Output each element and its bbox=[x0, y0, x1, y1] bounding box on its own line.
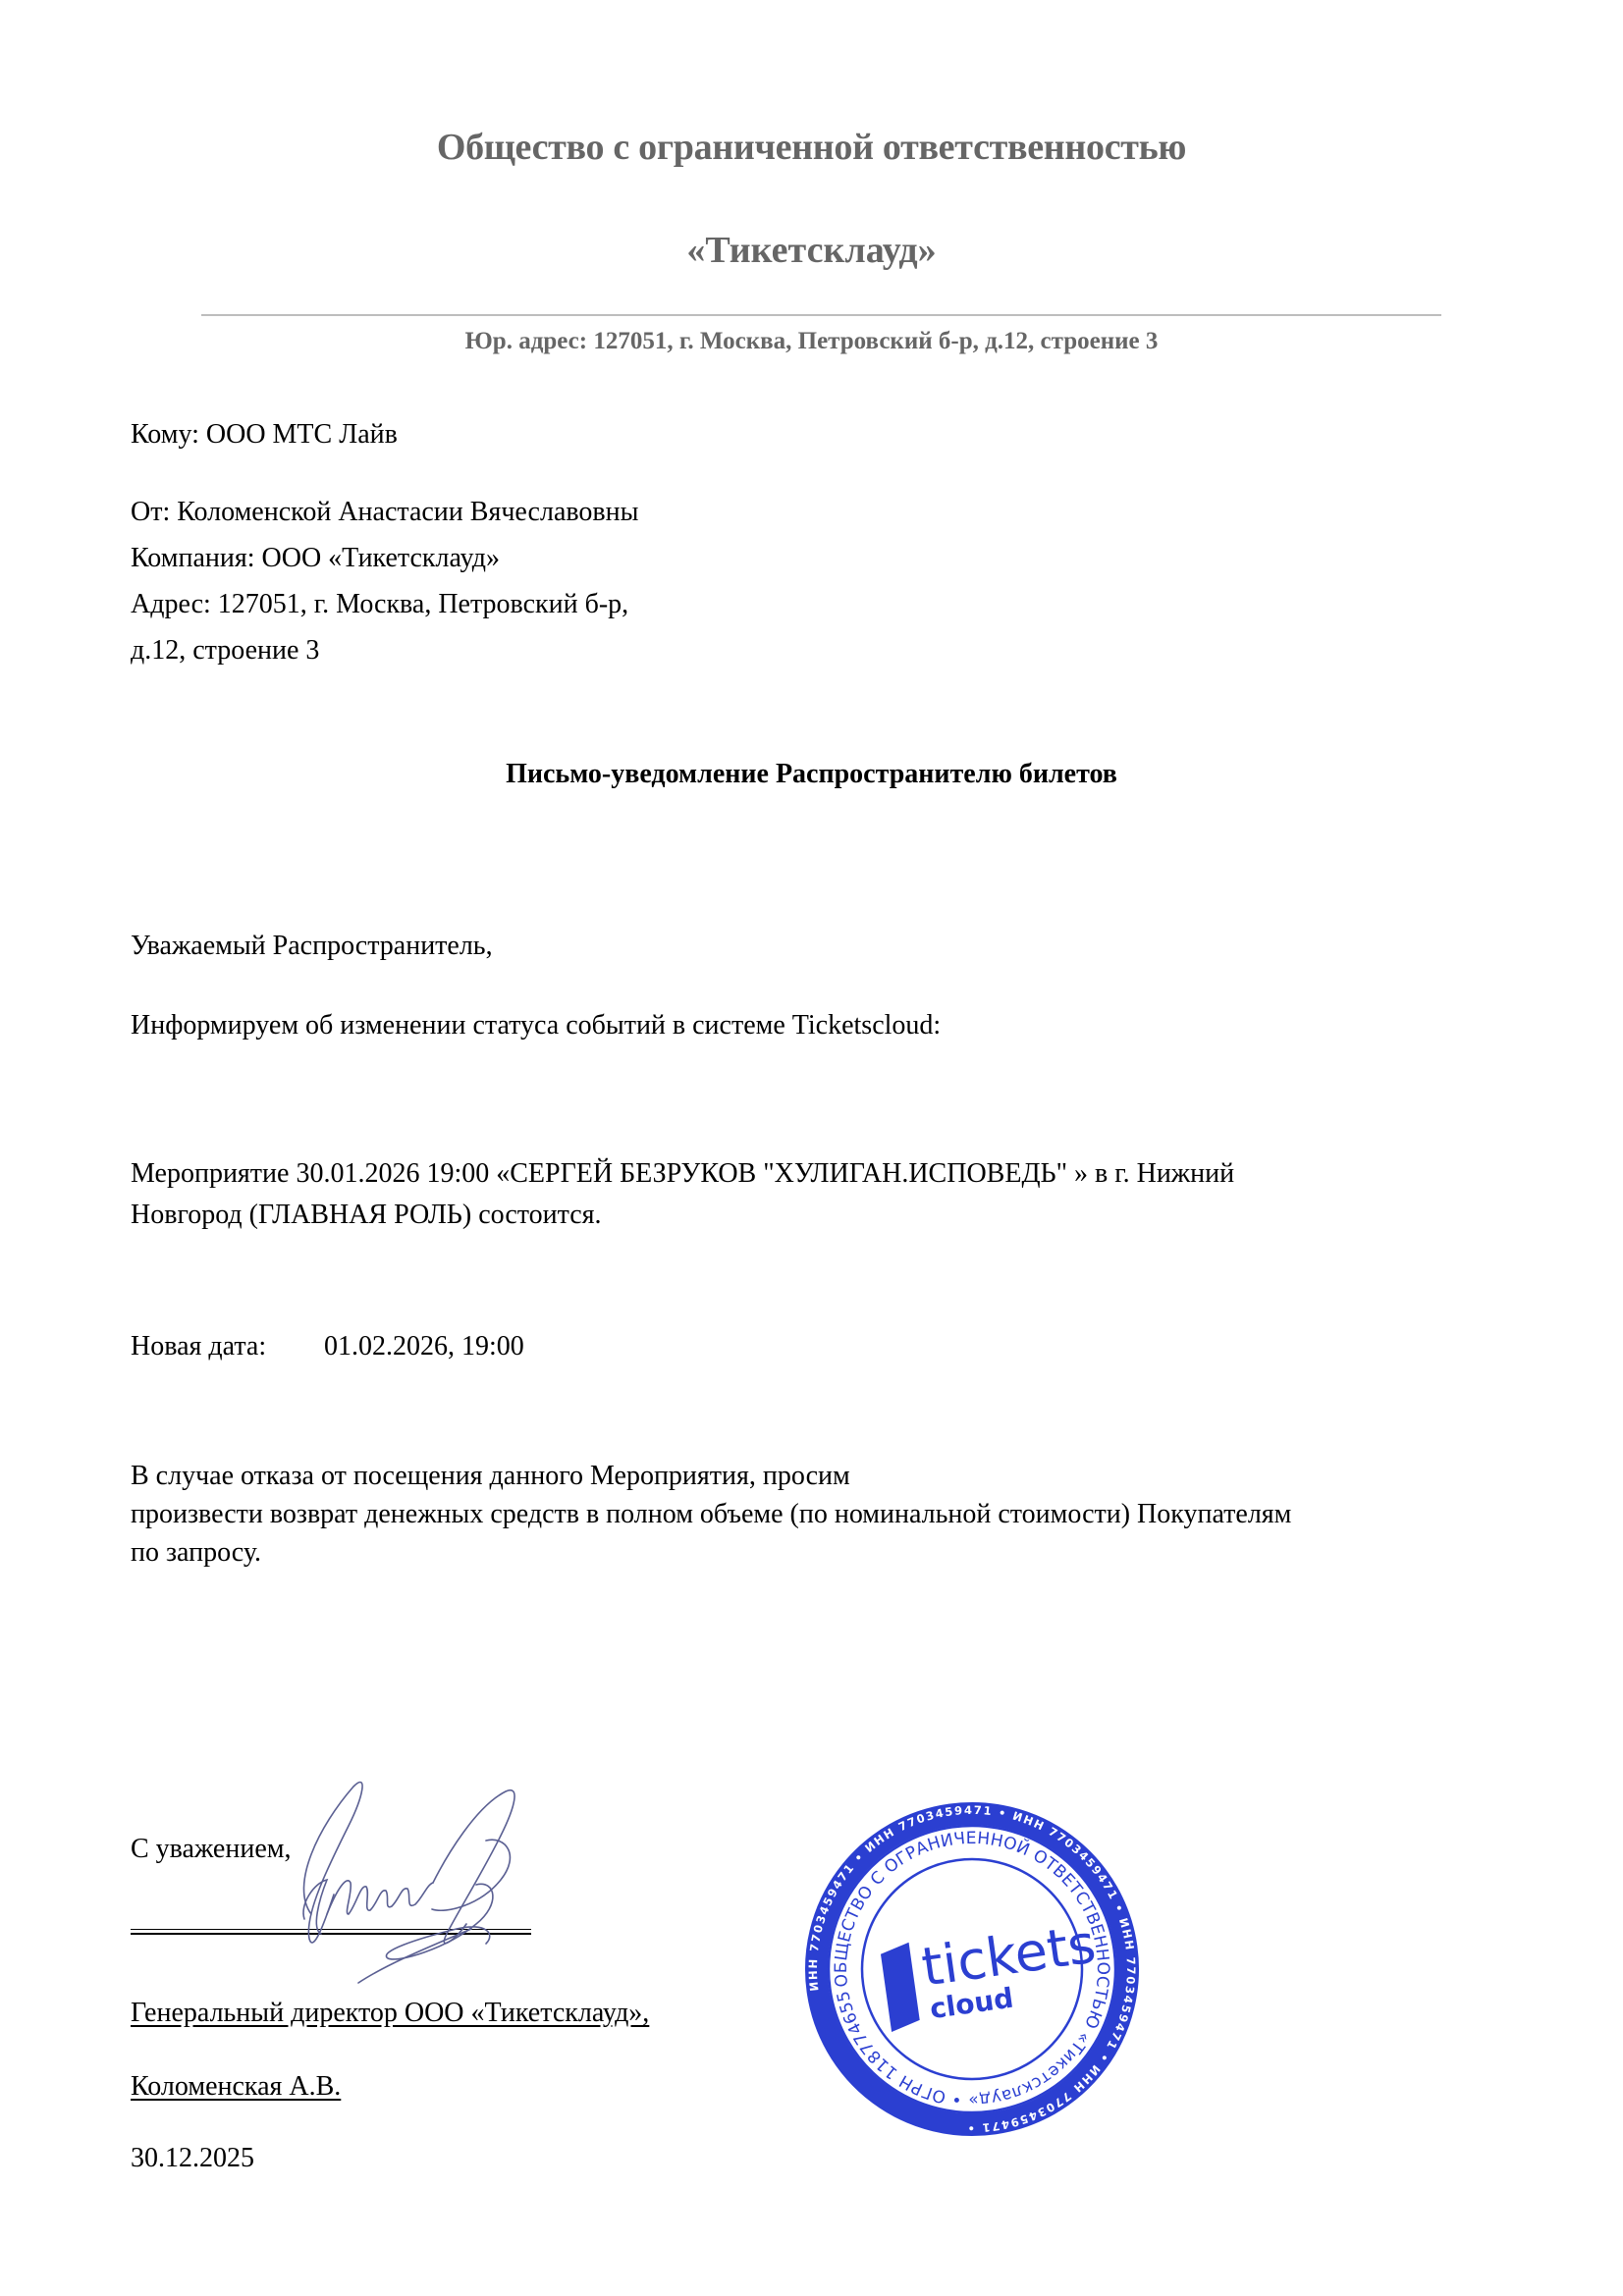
refund-line2: произвести возврат денежных средств в по… bbox=[131, 1491, 1291, 1537]
greeting: Уважаемый Распространитель, bbox=[131, 923, 493, 969]
event-line2: Новгород (ГЛАВНАЯ РОЛЬ) состоится. bbox=[131, 1192, 602, 1238]
sender-from: От: Коломенской Анастасии Вячеславовны bbox=[131, 489, 638, 535]
sender-address-line1: Адрес: 127051, г. Москва, Петровский б-р… bbox=[131, 581, 628, 627]
letterhead-divider bbox=[201, 314, 1441, 316]
closing-position: Генеральный директор ООО «Тикетсклауд», bbox=[131, 1990, 649, 2036]
sender-company: Компания: ООО «Тикетсклауд» bbox=[131, 535, 500, 581]
letterhead-legal-address: Юр. адрес: 127051, г. Москва, Петровский… bbox=[0, 328, 1623, 355]
recipient-to: Кому: ООО МТС Лайв bbox=[131, 411, 398, 457]
closing-name: Коломенская А.В. bbox=[131, 2063, 341, 2109]
letterhead-org-line: Общество с ограниченной ответственностью bbox=[0, 126, 1623, 169]
sender-address-line2: д.12, строение 3 bbox=[131, 627, 319, 673]
new-date-value: 01.02.2026, 19:00 bbox=[324, 1323, 524, 1369]
event-line1: Мероприятие 30.01.2026 19:00 «СЕРГЕЙ БЕЗ… bbox=[131, 1150, 1234, 1197]
company-stamp-icon: ИНН 7703459471 • ИНН 7703459471 • ИНН 77… bbox=[797, 1794, 1147, 2144]
letter-subject: Письмо-уведомление Распространителю биле… bbox=[0, 759, 1623, 790]
closing-date: 30.12.2025 bbox=[131, 2135, 254, 2181]
new-date-label: Новая дата: bbox=[131, 1323, 266, 1369]
refund-line3: по запросу. bbox=[131, 1529, 261, 1575]
intro-text: Информируем об изменении статуса событий… bbox=[131, 1002, 941, 1048]
signature-icon bbox=[250, 1767, 574, 1993]
letterhead-org-name: «Тикетсклауд» bbox=[0, 229, 1623, 272]
